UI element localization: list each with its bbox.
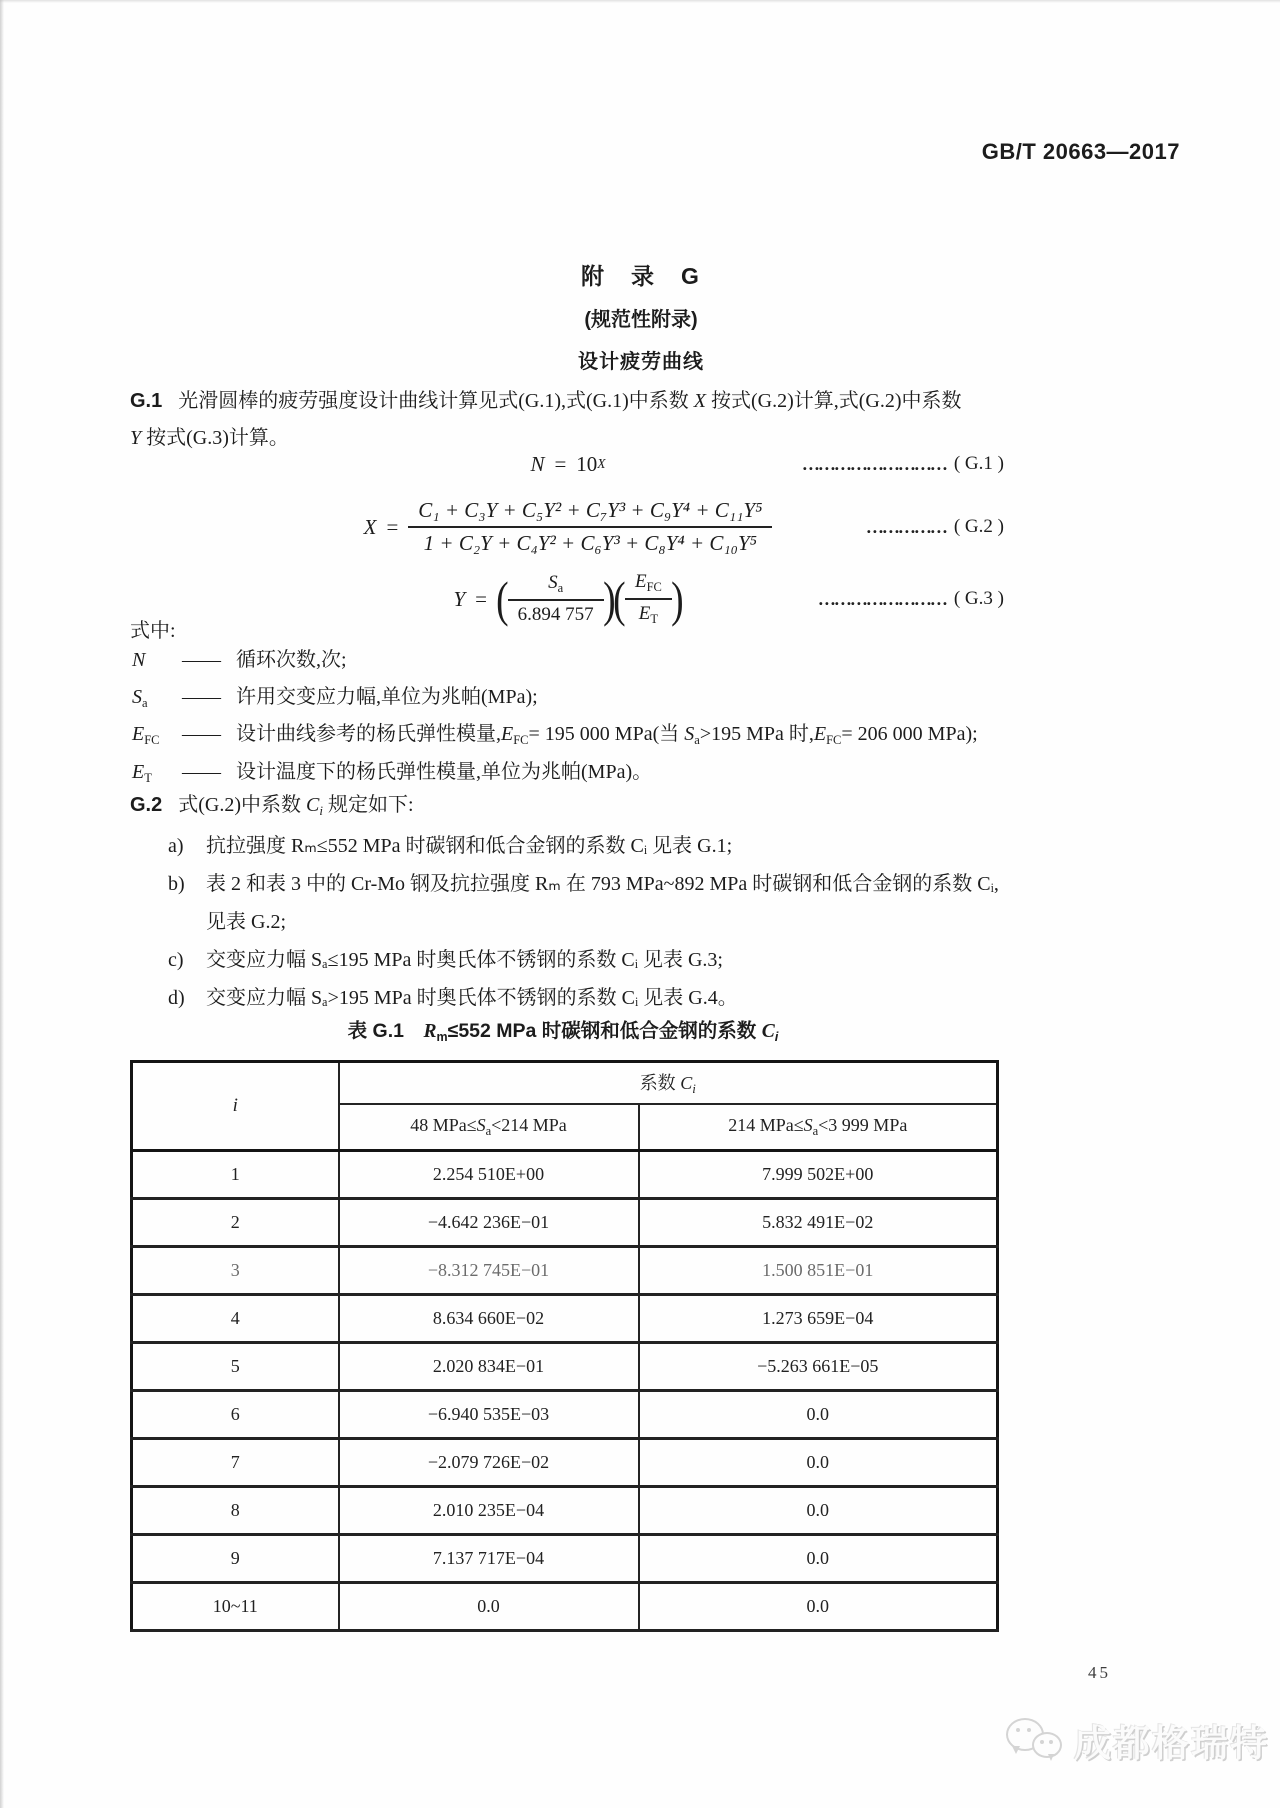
row-index: 8 xyxy=(132,1487,339,1535)
definition-text: 循环次数,次; xyxy=(236,643,347,672)
paragraph-text: 光滑圆棒的疲劳强度设计曲线计算见式(G.1),式(G.1)中系数 xyxy=(178,390,694,412)
formula-base: 10 xyxy=(576,452,597,477)
formula-g1: N = 10X ……………………… ( G.1 ) xyxy=(130,444,1006,484)
appendix-title-block: 附 录 G (规范性附录) 设计疲劳曲线 xyxy=(130,258,1152,374)
list-item-c: c) 交变应力幅 Sₐ≤195 MPa 时奥氏体不锈钢的系数 Cᵢ 见表 G.3… xyxy=(168,941,1156,979)
row-index: 2 xyxy=(132,1199,339,1247)
equals-sign: = xyxy=(386,515,398,540)
list-marker: b) xyxy=(168,865,206,941)
table-row: 12.254 510E+007.999 502E+00 xyxy=(132,1151,998,1199)
coefficient-low-range: 0.0 xyxy=(339,1583,639,1631)
symbol-n: N xyxy=(132,649,145,671)
leader-dots: …………………… xyxy=(818,589,946,610)
variable-c: C xyxy=(306,794,319,816)
coefficient-high-range: 0.0 xyxy=(639,1583,998,1631)
fraction: Sa 6.894 757 xyxy=(508,571,604,627)
symbol-sa: S xyxy=(548,572,558,593)
formula-leader: ……………………… ( G.1 ) xyxy=(802,453,1004,475)
table-row: 52.020 834E−01−5.263 661E−05 xyxy=(132,1343,998,1391)
coefficient-high-range: 0.0 xyxy=(639,1487,998,1535)
table-row: 6−6.940 535E−030.0 xyxy=(132,1391,998,1439)
where-item-et: ET —— 设计温度下的杨氏弹性模量,单位为兆帕(MPa)。 xyxy=(132,755,1162,786)
coefficients-table: i 系数 Ci 48 MPa≤Sa<214 MPa 214 MPa≤Sa<3 9… xyxy=(130,1060,999,1632)
leader-dots: …………… xyxy=(866,517,946,538)
scan-edge-top xyxy=(0,0,1280,3)
symbol-sub: a xyxy=(142,696,148,710)
fraction-numerator: C₁ + C₃Y + C₅Y² + C₇Y³ + C₉Y⁴ + C₁₁Y⁵ xyxy=(408,497,772,528)
coefficient-low-range: 2.254 510E+00 xyxy=(339,1151,639,1199)
formula-g2-equation: X = C₁ + C₃Y + C₅Y² + C₇Y³ + C₉Y⁴ + C₁₁Y… xyxy=(364,497,773,557)
fraction-denominator: 6.894 757 xyxy=(508,601,604,627)
row-index: 1 xyxy=(132,1151,339,1199)
paragraph-text: 式(G.2)中系数 xyxy=(178,794,306,816)
document-page: GB/T 20663—2017 附 录 G (规范性附录) 设计疲劳曲线 G.1… xyxy=(0,0,1280,1808)
symbol-efc-sub: FC xyxy=(647,580,662,594)
open-paren: ( xyxy=(496,574,508,624)
definition-text: 设计曲线参考的杨氏弹性模量,EFC= 195 000 MPa(当 Sa>195 … xyxy=(236,717,978,748)
table-row: 2−4.642 236E−015.832 491E−02 xyxy=(132,1199,998,1247)
symbol-efc: E xyxy=(635,571,647,592)
equals-sign: = xyxy=(554,452,566,477)
definition-dash: —— xyxy=(182,723,236,746)
symbol-et: E xyxy=(639,603,651,624)
coefficient-low-range: 2.010 235E−04 xyxy=(339,1487,639,1535)
column-header-range-high: 214 MPa≤Sa<3 999 MPa xyxy=(639,1104,998,1151)
formula-label: ( G.3 ) xyxy=(954,588,1004,610)
coefficient-high-range: 7.999 502E+00 xyxy=(639,1151,998,1199)
coefficient-high-range: 0.0 xyxy=(639,1439,998,1487)
list-marker: a) xyxy=(168,827,206,865)
list-item-b: b) 表 2 和表 3 中的 Cr-Mo 钢及抗拉强度 Rₘ 在 793 MPa… xyxy=(168,865,1156,941)
section-number: G.1 xyxy=(130,390,162,412)
coefficient-low-range: −4.642 236E−01 xyxy=(339,1199,639,1247)
symbol-et-sub: T xyxy=(650,612,658,626)
formula-lhs: Y xyxy=(453,587,465,612)
list-text: 抗拉强度 Rₘ≤552 MPa 时碳钢和低合金钢的系数 Cᵢ 见表 G.1; xyxy=(206,827,1156,865)
coefficient-high-range: 0.0 xyxy=(639,1391,998,1439)
row-index: 9 xyxy=(132,1535,339,1583)
paragraph-g2: G.2式(G.2)中系数 Ci 规定如下: xyxy=(130,787,1154,829)
formula-lhs: N xyxy=(530,452,544,477)
coefficient-high-range: 1.273 659E−04 xyxy=(639,1295,998,1343)
table-row: 7−2.079 726E−020.0 xyxy=(132,1439,998,1487)
coefficient-low-range: −6.940 535E−03 xyxy=(339,1391,639,1439)
variable-x: X xyxy=(694,390,706,412)
formula-g3-equation: Y = ( Sa 6.894 757 ) ( EFC ET ) xyxy=(453,570,682,628)
table-row: 3−8.312 745E−011.500 851E−01 xyxy=(132,1247,998,1295)
definition-text: 设计温度下的杨氏弹性模量,单位为兆帕(MPa)。 xyxy=(236,755,652,784)
coefficient-high-range: 1.500 851E−01 xyxy=(639,1247,998,1295)
list-text: 交变应力幅 Sₐ>195 MPa 时奥氏体不锈钢的系数 Cᵢ 见表 G.4。 xyxy=(206,979,1156,1017)
where-item-n: N —— 循环次数,次; xyxy=(132,643,1162,674)
formula-label: ( G.1 ) xyxy=(954,453,1004,475)
symbol-sub: T xyxy=(144,771,152,785)
table-row: 97.137 717E−040.0 xyxy=(132,1535,998,1583)
row-index: 3 xyxy=(132,1247,339,1295)
definition-dash: —— xyxy=(182,649,236,672)
watermark-text: 成都格瑞特 xyxy=(1074,1713,1269,1767)
definition-dash: —— xyxy=(182,686,236,709)
formula-exponent: X xyxy=(597,456,605,472)
list-marker: d) xyxy=(168,979,206,1017)
close-paren: ) xyxy=(671,574,683,624)
equals-sign: = xyxy=(475,587,487,612)
list-item-d: d) 交变应力幅 Sₐ>195 MPa 时奥氏体不锈钢的系数 Cᵢ 见表 G.4… xyxy=(168,979,1156,1017)
formula-leader: …………………… ( G.3 ) xyxy=(818,588,1004,610)
coefficient-high-range: 5.832 491E−02 xyxy=(639,1199,998,1247)
coefficient-low-range: 2.020 834E−01 xyxy=(339,1343,639,1391)
coefficient-low-range: −8.312 745E−01 xyxy=(339,1247,639,1295)
coefficient-high-range: −5.263 661E−05 xyxy=(639,1343,998,1391)
coefficient-low-range: −2.079 726E−02 xyxy=(339,1439,639,1487)
formula-g2: X = C₁ + C₃Y + C₅Y² + C₇Y³ + C₉Y⁴ + C₁₁Y… xyxy=(130,484,1006,570)
row-index: 5 xyxy=(132,1343,339,1391)
paragraph-text: 规定如下: xyxy=(323,794,414,816)
column-header-range-low: 48 MPa≤Sa<214 MPa xyxy=(339,1104,639,1151)
where-lead: 式中: xyxy=(130,614,176,643)
list-text: 表 2 和表 3 中的 Cr-Mo 钢及抗拉强度 Rₘ 在 793 MPa~89… xyxy=(206,865,1156,941)
fraction: C₁ + C₃Y + C₅Y² + C₇Y³ + C₉Y⁴ + C₁₁Y⁵ 1 … xyxy=(408,497,772,557)
table-row: 10~110.00.0 xyxy=(132,1583,998,1631)
paragraph-text: 按式(G.2)计算,式(G.2)中系数 xyxy=(706,390,962,412)
symbol-efc: E xyxy=(132,723,144,745)
row-index: 4 xyxy=(132,1295,339,1343)
symbol-sa: S xyxy=(132,686,142,708)
row-index: 6 xyxy=(132,1391,339,1439)
where-item-sa: Sa —— 许用交变应力幅,单位为兆帕(MPa); xyxy=(132,680,1162,711)
row-index: 10~11 xyxy=(132,1583,339,1631)
where-item-efc: EFC —— 设计曲线参考的杨氏弹性模量,EFC= 195 000 MPa(当 … xyxy=(132,717,1162,748)
leader-dots: ……………………… xyxy=(802,454,946,475)
formula-label: ( G.2 ) xyxy=(954,516,1004,538)
symbol-et: E xyxy=(132,761,144,783)
table-row: 48.634 660E−021.273 659E−04 xyxy=(132,1295,998,1343)
watermark: 成都格瑞特 xyxy=(1004,1712,1269,1768)
symbol-sub: FC xyxy=(144,733,159,747)
list-marker: c) xyxy=(168,941,206,979)
wechat-icon xyxy=(1004,1712,1066,1768)
open-paren: ( xyxy=(613,574,625,624)
table-title: 表 G.1 Rm≤552 MPa 时碳钢和低合金钢的系数 Ci xyxy=(130,1015,996,1044)
coefficient-low-range: 8.634 660E−02 xyxy=(339,1295,639,1343)
coefficient-low-range: 7.137 717E−04 xyxy=(339,1535,639,1583)
fraction-denominator: 1 + C₂Y + C₄Y² + C₆Y³ + C₈Y⁴ + C₁₀Y⁵ xyxy=(408,528,772,557)
symbol-sa-sub: a xyxy=(558,581,564,595)
formula-leader: …………… ( G.2 ) xyxy=(866,516,1004,538)
scan-edge-left xyxy=(0,0,4,1808)
definition-dash: —— xyxy=(182,761,236,784)
fraction: EFC ET xyxy=(625,570,672,628)
formula-g1-equation: N = 10X xyxy=(530,452,605,477)
coefficient-high-range: 0.0 xyxy=(639,1535,998,1583)
page-number: 45 xyxy=(1088,1663,1111,1683)
appendix-topic: 设计疲劳曲线 xyxy=(130,345,1152,374)
appendix-title: 附 录 G xyxy=(130,258,1152,291)
table-row: 82.010 235E−040.0 xyxy=(132,1487,998,1535)
formula-g3: Y = ( Sa 6.894 757 ) ( EFC ET ) ……………………… xyxy=(130,562,1006,636)
list-item-a: a) 抗拉强度 Rₘ≤552 MPa 时碳钢和低合金钢的系数 Cᵢ 见表 G.1… xyxy=(168,827,1156,865)
definition-text: 许用交变应力幅,单位为兆帕(MPa); xyxy=(236,680,538,709)
variable-rm: R xyxy=(423,1021,436,1042)
row-index: 7 xyxy=(132,1439,339,1487)
formula-lhs: X xyxy=(364,515,377,540)
section-number: G.2 xyxy=(130,794,162,816)
appendix-subtitle: (规范性附录) xyxy=(130,303,1152,332)
column-header-coefficient: 系数 Ci xyxy=(339,1062,998,1105)
column-header-i: i xyxy=(132,1062,339,1151)
list-text: 交变应力幅 Sₐ≤195 MPa 时奥氏体不锈钢的系数 Cᵢ 见表 G.3; xyxy=(206,941,1156,979)
variable-ci: C xyxy=(762,1021,775,1042)
standard-number-header: GB/T 20663—2017 xyxy=(130,139,1180,165)
table-body: 12.254 510E+007.999 502E+002−4.642 236E−… xyxy=(132,1151,998,1631)
